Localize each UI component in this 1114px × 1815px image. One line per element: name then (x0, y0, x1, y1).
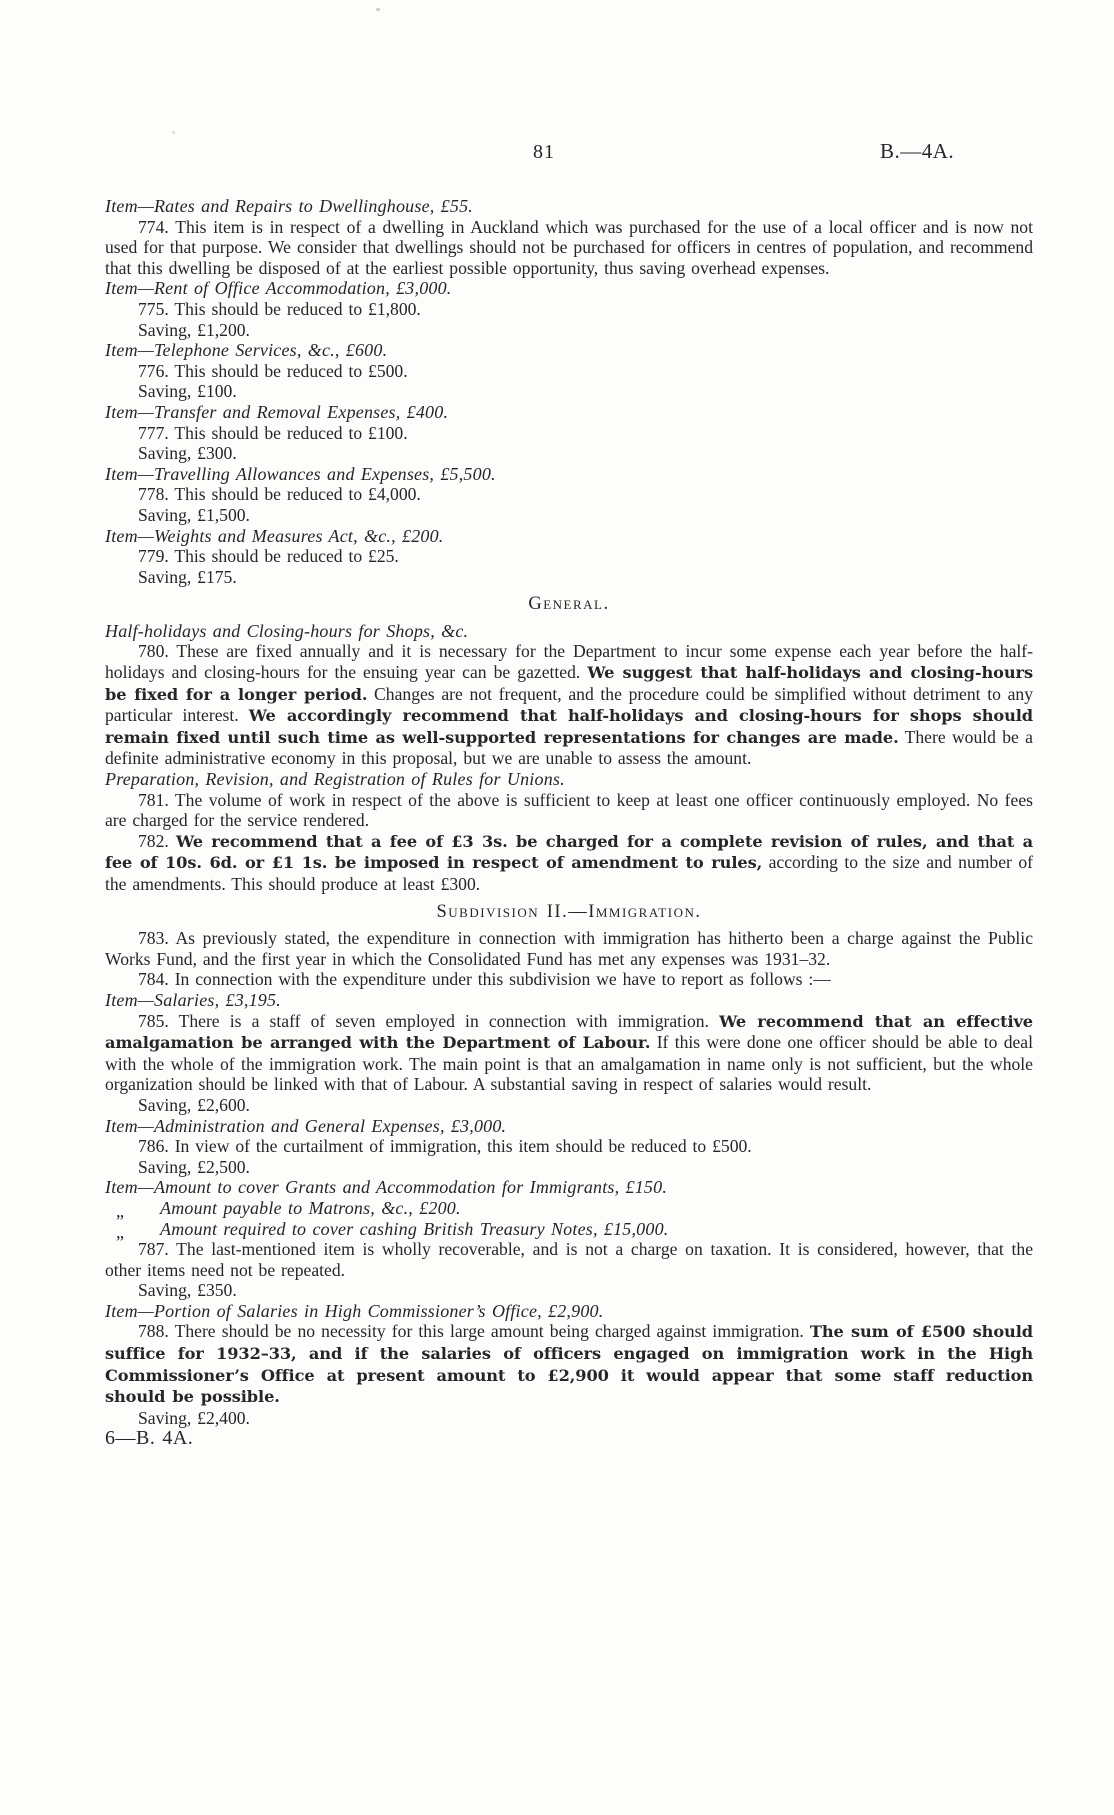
scan-speck (172, 131, 175, 134)
body-text: 783. As previously stated, the expenditu… (105, 928, 1033, 969)
paragraph: 783. As previously stated, the expenditu… (105, 928, 1033, 969)
paragraph: 781. The volume of work in respect of th… (105, 790, 1033, 831)
item-heading: Item—Administration and General Expenses… (105, 1116, 1033, 1137)
saving-line: Saving, £300. (105, 443, 1033, 464)
body-text: 787. The last-mentioned item is wholly r… (105, 1239, 1033, 1280)
section-heading: Subdivision II.—Immigration. (105, 902, 1033, 923)
section-heading: General. (105, 594, 1033, 615)
saving-line: Saving, £1,500. (105, 505, 1033, 526)
item-heading: Preparation, Revision, and Registration … (105, 769, 1033, 790)
numbered-line: 776. This should be reduced to £500. (105, 361, 1033, 382)
item-heading: Item—Rent of Office Accommodation, £3,00… (105, 278, 1033, 299)
item-heading: Half-holidays and Closing-hours for Shop… (105, 621, 1033, 642)
item-heading: Item—Amount to cover Grants and Accommod… (105, 1177, 1033, 1198)
item-heading-ditto: „Amount required to cover cashing Britis… (105, 1219, 1033, 1240)
paragraph: 784. In connection with the expenditure … (105, 969, 1033, 990)
paper-reference-code: B.—4A. (880, 139, 954, 164)
item-heading: Item—Portion of Salaries in High Commiss… (105, 1301, 1033, 1322)
paragraph: 785. There is a staff of seven employed … (105, 1011, 1033, 1095)
saving-line: Saving, £2,500. (105, 1157, 1033, 1178)
item-heading: Item—Travelling Allowances and Expenses,… (105, 464, 1033, 485)
scanned-report-page: 81 B.—4A. Item—Rates and Repairs to Dwel… (0, 0, 1114, 1815)
item-heading: Item—Rates and Repairs to Dwellinghouse,… (105, 196, 1033, 217)
item-heading: Item—Weights and Measures Act, &c., £200… (105, 526, 1033, 547)
paragraph: 788. There should be no necessity for th… (105, 1321, 1033, 1407)
numbered-line: 777. This should be reduced to £100. (105, 423, 1033, 444)
item-heading: Item—Telephone Services, &c., £600. (105, 340, 1033, 361)
item-heading: Item—Salaries, £3,195. (105, 990, 1033, 1011)
saving-line: Saving, £2,600. (105, 1095, 1033, 1116)
paragraph: 786. In view of the curtailment of immig… (105, 1136, 1033, 1157)
saving-line: Saving, £1,200. (105, 320, 1033, 341)
paragraph: 782. We recommend that a fee of £3 3s. b… (105, 831, 1033, 895)
body-text: 784. In connection with the expenditure … (138, 969, 831, 989)
numbered-line: 778. This should be reduced to £4,000. (105, 484, 1033, 505)
saving-line: Saving, £175. (105, 567, 1033, 588)
item-heading-text: Amount required to cover cashing British… (160, 1219, 668, 1239)
page-header: 81 B.—4A. (0, 141, 1114, 173)
saving-line: Saving, £100. (105, 381, 1033, 402)
body-text: 781. The volume of work in respect of th… (105, 790, 1033, 831)
body-text: 785. There is a staff of seven employed … (138, 1011, 719, 1031)
saving-line: Saving, £350. (105, 1280, 1033, 1301)
item-heading-ditto: „Amount payable to Matrons, &c., £200. (105, 1198, 1033, 1219)
page-body: Item—Rates and Repairs to Dwellinghouse,… (105, 196, 1033, 1449)
body-text: 774. This item is in respect of a dwelli… (105, 217, 1033, 278)
paragraph: 780. These are fixed annually and it is … (105, 641, 1033, 769)
paragraph: 774. This item is in respect of a dwelli… (105, 217, 1033, 279)
numbered-line: 775. This should be reduced to £1,800. (105, 299, 1033, 320)
scan-speck (376, 8, 380, 11)
saving-line: Saving, £2,400. (105, 1408, 1033, 1429)
body-text: 786. In view of the curtailment of immig… (138, 1136, 752, 1156)
body-text: 782. (138, 831, 176, 851)
body-text: 788. There should be no necessity for th… (138, 1321, 810, 1341)
ditto-mark: „ (116, 1222, 124, 1243)
item-heading: Item—Transfer and Removal Expenses, £400… (105, 402, 1033, 423)
paragraph: 787. The last-mentioned item is wholly r… (105, 1239, 1033, 1280)
item-heading-text: Amount payable to Matrons, &c., £200. (160, 1198, 461, 1218)
numbered-line: 779. This should be reduced to £25. (105, 546, 1033, 567)
footer-signature: 6—B. 4A. (105, 1428, 1033, 1449)
